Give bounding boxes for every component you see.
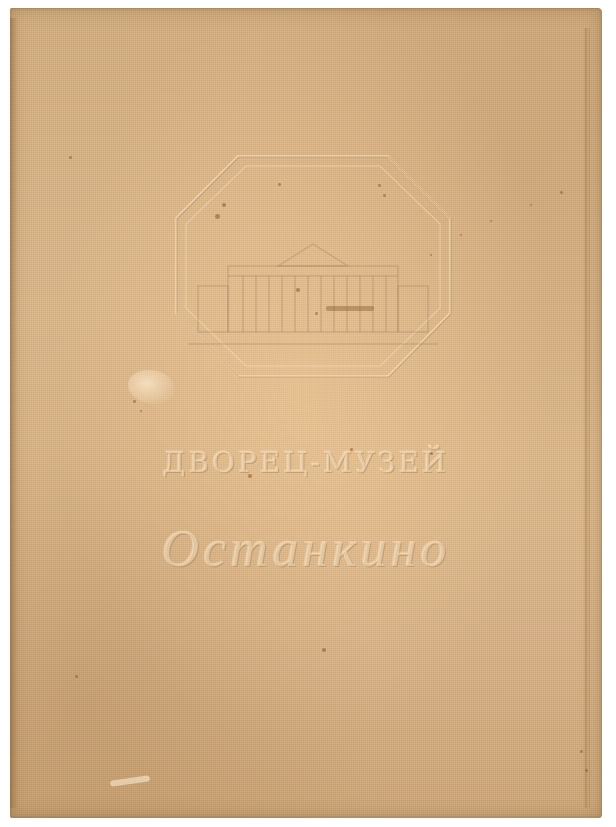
foxing-spot [140,410,142,412]
foxing-spot [222,203,226,207]
worn-scuff [110,775,150,787]
foxing-spot [322,648,326,652]
foxing-spot [383,194,386,197]
foxing-spot [585,769,588,772]
palace-emblem-icon [168,148,458,383]
foxing-spot [69,156,72,159]
foxing-spot [315,312,318,315]
foxing-spot [560,191,563,194]
foxing-spot [248,474,252,478]
foxing-spot [350,448,353,451]
foxing-spot [460,234,462,236]
foxing-spot [75,675,78,678]
foxing-spot [430,254,432,256]
cover-left-edge [10,18,18,808]
worn-spot [128,370,174,404]
cover-title: Останкино [10,520,602,579]
foxing-spot [133,400,136,403]
book-cover: Дворец-музей Останкино [10,8,602,818]
foxing-spot [215,214,220,219]
cover-right-edge [584,28,590,808]
foxing-spot [530,204,532,206]
foxing-spot [490,220,492,222]
foxing-spot [378,184,381,187]
foxing-spot [580,750,583,753]
cover-subtitle: Дворец-музей [10,446,602,479]
foxing-spot [430,452,433,455]
foxing-spot [296,288,300,292]
foxing-spot [278,183,281,186]
